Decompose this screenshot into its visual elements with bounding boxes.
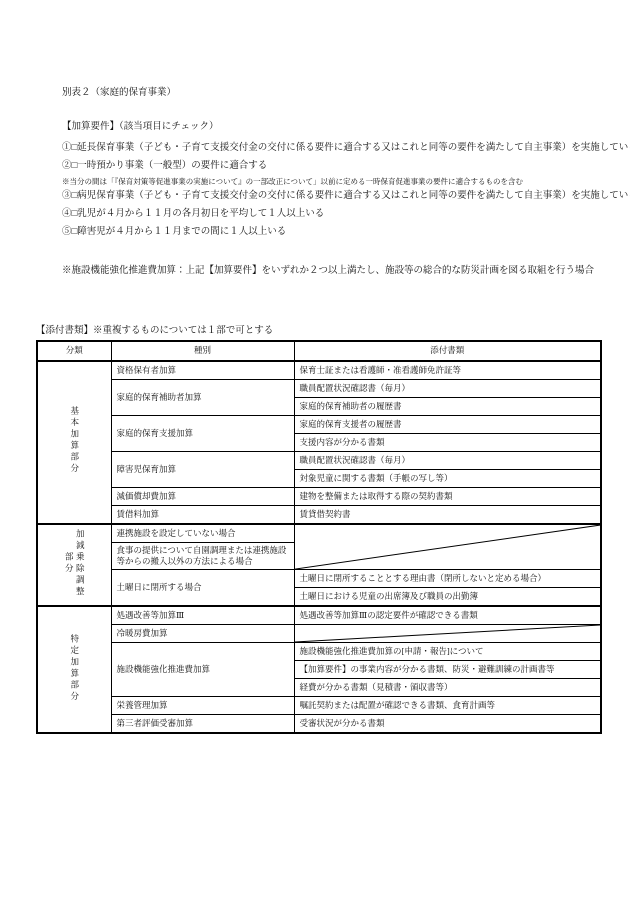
attachments-heading: 【添付書類】※重複するものについては１部で可とする — [36, 322, 273, 336]
table-row: 栄養管理加算 嘱託契約または配置が確認できる書類、食育計画等 — [37, 697, 601, 715]
requirement-item-5: ⑤□障害児が４月から１１月までの間に１人以上いる — [62, 227, 286, 238]
category-cell: 加減乗除調整部分 — [37, 524, 111, 606]
doc-cell: 土曜日に閉所することとする理由書（閉所しないと定める場合） — [294, 570, 601, 588]
kind-cell: 障害児保育加算 — [111, 452, 294, 488]
kind-cell: 食事の提供について自園調理または連携施設等からの搬入以外の方法による場合 — [111, 543, 294, 570]
facility-strengthening-note: ※施設機能強化推進費加算：上記【加算要件】をいずれか２つ以上満たし、施設等の総合… — [62, 266, 594, 277]
doc-cell: 受審状況が分かる書類 — [294, 715, 601, 734]
category-cell: 特定加算部分 — [37, 606, 111, 733]
category-cell: 基本加算部分 — [37, 361, 111, 524]
requirements-heading: 【加算要件】（該当項目にチェック） — [62, 122, 218, 133]
requirement-item-2: ②□一時預かり事業（一般型）の要件に適合する — [62, 161, 267, 172]
doc-cell: 職員配置状況確認書（毎月） — [294, 380, 601, 398]
category-label: 特定加算部分 — [69, 634, 80, 703]
doc-cell: 処遇改善等加算Ⅲの認定要件が確認できる書類 — [294, 606, 601, 625]
col-header-documents: 添付書類 — [294, 341, 601, 361]
doc-cell: 土曜日における児童の出席簿及び職員の出勤簿 — [294, 588, 601, 607]
doc-cell: 経費が分かる書類（見積書・領収書等） — [294, 679, 601, 697]
table-row: 家庭的保育補助者加算 職員配置状況確認書（毎月） — [37, 380, 601, 398]
doc-cell: 賃貸借契約書 — [294, 506, 601, 525]
kind-cell: 冷暖房費加算 — [111, 625, 294, 643]
table-row: 賃借料加算 賃貸借契約書 — [37, 506, 601, 525]
doc-cell-na — [294, 625, 601, 643]
kind-cell: 資格保有者加算 — [111, 361, 294, 380]
table-row: 減価償却費加算 建物を整備または取得する際の契約書類 — [37, 488, 601, 506]
doc-cell-na — [294, 524, 601, 570]
requirement-item-4: ④□乳児が４月から１１月の各月初日を平均して１人以上いる — [62, 209, 324, 220]
table-row: 冷暖房費加算 — [37, 625, 601, 643]
doc-cell: 職員配置状況確認書（毎月） — [294, 452, 601, 470]
kind-cell: 賃借料加算 — [111, 506, 294, 525]
doc-cell: 建物を整備または取得する際の契約書類 — [294, 488, 601, 506]
category-label: 加減乗除調整部分 — [63, 525, 85, 601]
section-specific-addition: 特定加算部分 処遇改善等加算Ⅲ 処遇改善等加算Ⅲの認定要件が確認できる書類 冷暖… — [37, 606, 601, 733]
kind-cell: 家庭的保育補助者加算 — [111, 380, 294, 416]
diagonal-line-icon — [295, 525, 601, 569]
doc-cell: 家庭的保育支援者の履歴書 — [294, 416, 601, 434]
kind-cell: 施設機能強化推進費加算 — [111, 643, 294, 697]
doc-cell: 対象児童に関する書類（手帳の写し等） — [294, 470, 601, 488]
page-title: 別表２（家庭的保育事業） — [62, 88, 176, 99]
doc-cell: 支援内容が分かる書類 — [294, 434, 601, 452]
requirement-note-2: ※当分の間は「『保育対策等促進事業の実施について』の一部改正について」以前に定め… — [62, 177, 523, 186]
doc-cell: 保育士証または看護師・准看護師免許証等 — [294, 361, 601, 380]
doc-cell: 施設機能強化推進費加算の[申請・報告]について — [294, 643, 601, 661]
kind-cell: 連携施設を設定していない場合 — [111, 524, 294, 543]
kind-cell: 家庭的保育支援加算 — [111, 416, 294, 452]
table-row: 障害児保育加算 職員配置状況確認書（毎月） — [37, 452, 601, 470]
section-basic-addition: 基本加算部分 資格保有者加算 保育士証または看護師・准看護師免許証等 家庭的保育… — [37, 361, 601, 524]
category-label: 基本加算部分 — [69, 406, 80, 475]
col-header-kind: 種別 — [111, 341, 294, 361]
requirement-item-1: ①□延長保育事業（子ども・子育て支援交付金の交付に係る要件に適合する又はこれと同… — [62, 143, 630, 154]
table-row: 施設機能強化推進費加算 施設機能強化推進費加算の[申請・報告]について — [37, 643, 601, 661]
attachments-table: 分類 種別 添付書類 基本加算部分 資格保有者加算 保育士証または看護師・准看護… — [36, 340, 602, 734]
kind-cell: 第三者評価受審加算 — [111, 715, 294, 734]
table-row: 土曜日に閉所する場合 土曜日に閉所することとする理由書（閉所しないと定める場合） — [37, 570, 601, 588]
table-header-row: 分類 種別 添付書類 — [37, 341, 601, 361]
section-adjustment: 加減乗除調整部分 連携施設を設定していない場合 食事の提供について自園調理または… — [37, 524, 601, 606]
col-header-category: 分類 — [37, 341, 111, 361]
table-row: 加減乗除調整部分 連携施設を設定していない場合 — [37, 524, 601, 543]
document-page: 別表２（家庭的保育事業） 【加算要件】（該当項目にチェック） ①□延長保育事業（… — [0, 0, 630, 903]
table-row: 第三者評価受審加算 受審状況が分かる書類 — [37, 715, 601, 734]
kind-cell: 栄養管理加算 — [111, 697, 294, 715]
kind-cell: 処遇改善等加算Ⅲ — [111, 606, 294, 625]
table-row: 基本加算部分 資格保有者加算 保育士証または看護師・准看護師免許証等 — [37, 361, 601, 380]
requirement-item-3: ③□病児保育事業（子ども・子育て支援交付金の交付に係る要件に適合する又はこれと同… — [62, 191, 630, 202]
doc-cell: 【加算要件】の事業内容が分かる書類、防災・避難訓練の計画書等 — [294, 661, 601, 679]
doc-cell: 家庭的保育補助者の履歴書 — [294, 398, 601, 416]
doc-cell: 嘱託契約または配置が確認できる書類、食育計画等 — [294, 697, 601, 715]
table-row: 家庭的保育支援加算 家庭的保育支援者の履歴書 — [37, 416, 601, 434]
table-row: 特定加算部分 処遇改善等加算Ⅲ 処遇改善等加算Ⅲの認定要件が確認できる書類 — [37, 606, 601, 625]
kind-cell: 減価償却費加算 — [111, 488, 294, 506]
kind-cell: 土曜日に閉所する場合 — [111, 570, 294, 607]
diagonal-line-icon — [295, 625, 601, 642]
